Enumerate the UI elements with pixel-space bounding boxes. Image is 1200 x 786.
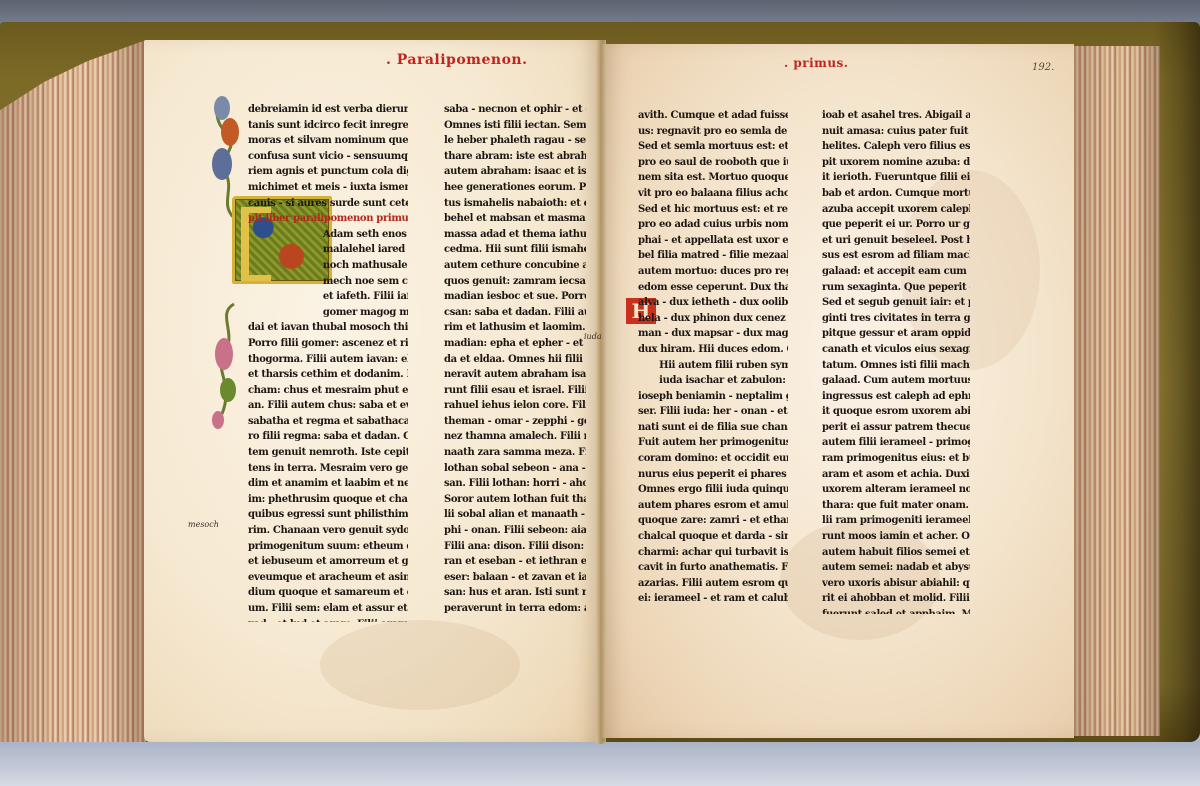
right-column-2: ioab et asahel tres. Abigail autem ge- n…	[822, 108, 970, 614]
running-head-right: . primus.	[784, 56, 848, 70]
right-page-edges	[1072, 46, 1160, 736]
left-page-edges	[0, 40, 146, 742]
book-gutter	[596, 40, 606, 744]
left-column-1: debreiamin id est verba dierum inpre tan…	[248, 102, 408, 622]
margin-note-left: mesoch	[188, 520, 219, 529]
folio-number: 192.	[1032, 62, 1054, 73]
running-head-left: . Paralipomenon.	[386, 52, 527, 68]
left-column-2: saba - necnon et ophir - et evila - et i…	[444, 102, 586, 622]
margin-note-right: iuda	[584, 332, 602, 341]
right-column-1: avith. Cumque et adad fuisset mortu us: …	[638, 108, 788, 608]
cloth-background	[0, 740, 1200, 786]
rubric-incipit: pit liber paralipomenon primus. Ca. I.	[248, 211, 402, 227]
page-stain	[320, 620, 520, 710]
